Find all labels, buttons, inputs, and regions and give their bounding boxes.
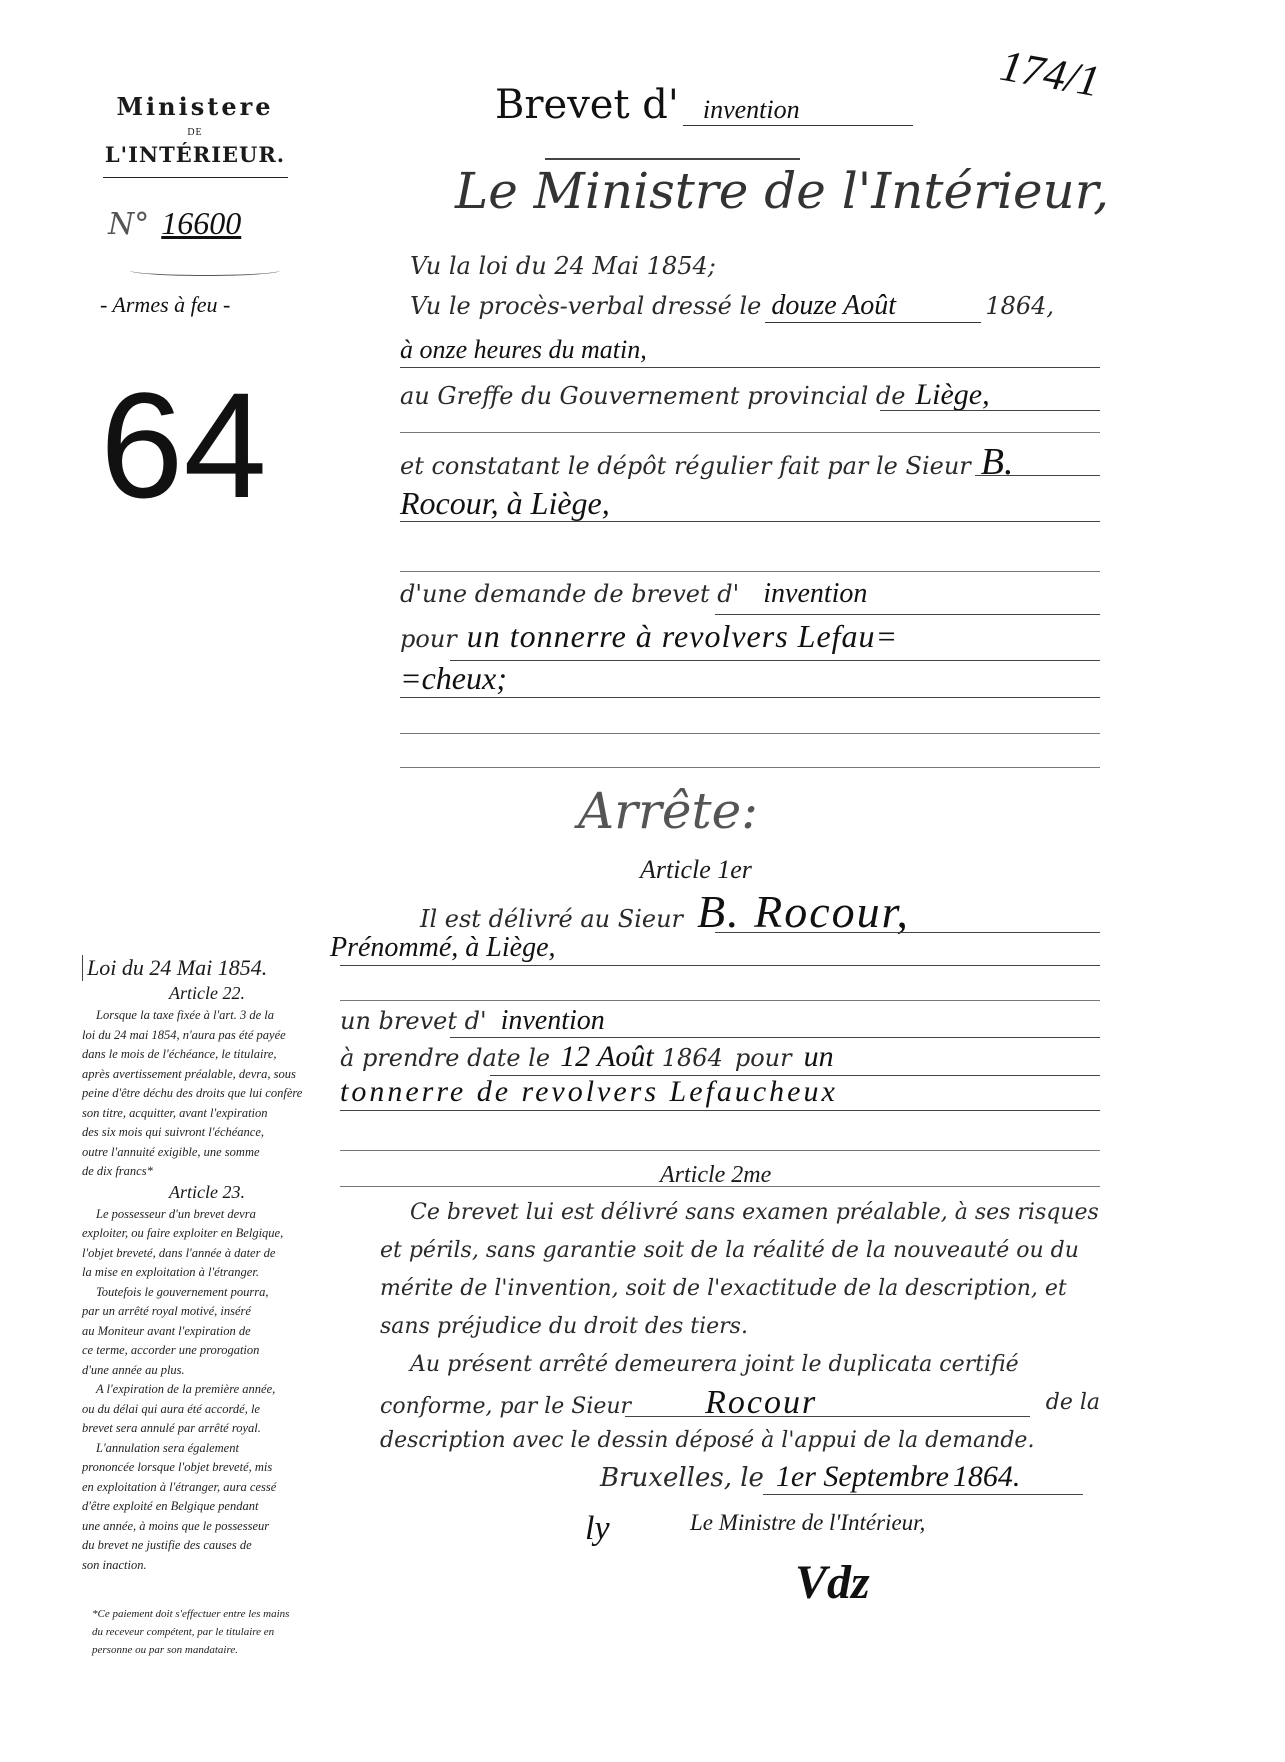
law-line: exploiter, ou faire exploiter en Belgiqu… [82, 1224, 332, 1244]
minister-heading: Le Ministre de l'Intérieur, [455, 162, 1109, 220]
proces-verbal-year: 1864, [985, 292, 1054, 320]
article1-rule-7 [340, 1150, 1100, 1151]
law-line: L'annulation sera également [82, 1439, 332, 1459]
law-line: ce terme, accorder une prorogation [82, 1341, 332, 1361]
article1-rule-4 [450, 1037, 1100, 1038]
place-date: Bruxelles, le 1er Septembre 1864. [600, 1460, 1020, 1494]
law-line: dans le mois de l'échéance, le titulaire… [82, 1045, 332, 1065]
article1-date: à prendre date le 12 Août 1864 pour un [340, 1040, 834, 1074]
place-date-rule [763, 1494, 1083, 1495]
article22-text: Lorsque la taxe fixée à l'art. 3 de la l… [82, 1006, 332, 1182]
law-line: en exploitation à l'étranger, aura cessé [82, 1478, 332, 1498]
article1-rule-1 [715, 932, 1100, 933]
article2-line-4: sans préjudice du droit des tiers. [380, 1314, 748, 1339]
beneficiary-location: Prénommé, à Liège, [330, 932, 556, 964]
duplicata-end: de la [1046, 1390, 1100, 1415]
ministry-header: Ministere DE L'INTÉRIEUR. [80, 92, 310, 178]
law-line: peine d'être déchu des droits que lui co… [82, 1084, 332, 1104]
law-line: A l'expiration de la première année, [82, 1380, 332, 1400]
article2-line-2: et périls, sans garantie soit de la réal… [380, 1238, 1079, 1263]
law-line: au Moniteur avant l'expiration de [82, 1322, 332, 1342]
article1-delivre: Il est délivré au Sieur B. Rocour, [420, 885, 910, 938]
proces-verbal-printed: Vu le procès-verbal dressé le [410, 292, 761, 320]
law-line: l'objet breveté, dans l'année à dater de [82, 1244, 332, 1264]
depot-printed: et constatant le dépôt régulier fait par… [400, 452, 971, 480]
article22-heading: Article 22. [82, 983, 332, 1004]
initials-mark: ly [585, 1510, 610, 1548]
law-line: la mise en exploitation à l'étranger. [82, 1263, 332, 1283]
preamble-rule-10 [400, 733, 1100, 734]
law-title: Loi du 24 Mai 1854. [82, 955, 332, 981]
law-line: brevet sera annulé par arrêté royal. [82, 1419, 332, 1439]
preamble-rule-4 [975, 475, 1100, 476]
number-value: 16600 [161, 205, 241, 241]
preamble-rule-1 [400, 367, 1100, 368]
article1-rule-3 [340, 1000, 1100, 1001]
preamble-depot: et constatant le dépôt régulier fait par… [400, 440, 1013, 484]
invention-subject-cont: =cheux; [400, 660, 507, 697]
law-line: Lorsque la taxe fixée à l'art. 3 de la [82, 1006, 332, 1026]
law-line: après avertissement préalable, devra, so… [82, 1065, 332, 1085]
pour-printed: pour [400, 625, 457, 653]
preamble-rule-2 [880, 410, 1100, 411]
greffe-province: Liège, [915, 378, 989, 411]
preamble-rule-5 [400, 521, 1100, 522]
footnote-line: *Ce paiement doit s'effectuer entre les … [92, 1605, 352, 1623]
preamble-pour: pour un tonnerre à revolvers Lefau= [400, 618, 898, 655]
footnote-line: du receveur compétent, par le titulaire … [92, 1623, 352, 1641]
date-signed: 1er Septembre [776, 1460, 949, 1493]
brevet-type: invention [683, 95, 913, 126]
article1-rule-2 [340, 965, 1100, 966]
proces-verbal-date: douze Août [765, 290, 981, 323]
ministry-name: Ministere [80, 92, 310, 121]
preamble-law: Vu la loi du 24 Mai 1854; [410, 252, 716, 280]
preamble-greffe: au Greffe du Gouvernement provincial de … [400, 378, 990, 412]
delivre-printed: Il est délivré au Sieur [420, 905, 683, 933]
preamble-rule-11 [400, 767, 1100, 768]
law-line: outre l'annuité exigible, une somme [82, 1143, 332, 1163]
preamble-rule-3 [400, 432, 1100, 433]
minister-signature: Vdz [795, 1555, 870, 1610]
number-brace [130, 265, 280, 276]
signatory-title: Le Ministre de l'Intérieur, [690, 1510, 925, 1536]
law-line: Toutefois le gouvernement pourra, [82, 1283, 332, 1303]
brevet-kind: invention [501, 1005, 605, 1036]
preamble-demande: d'une demande de brevet d' invention [400, 578, 867, 610]
law-line: du brevet ne justifie des causes de [82, 1536, 332, 1556]
place-printed: Bruxelles, le [600, 1463, 764, 1493]
article1-subject: tonnerre de revolvers Lefaucheux [340, 1075, 838, 1109]
law-footnote: *Ce paiement doit s'effectuer entre les … [92, 1605, 352, 1659]
brevet-printed: un brevet d' [340, 1007, 487, 1035]
category-label: - Armes à feu - [100, 292, 230, 318]
depot-initial: B. [981, 441, 1014, 483]
footnote-line: personne ou par son mandataire. [92, 1641, 352, 1659]
article2-heading: Article 2me [660, 1162, 771, 1189]
article2-line-5: Au présent arrêté demeurera joint le dup… [410, 1352, 1019, 1377]
law-line: par un arrêté royal motivé, inséré [82, 1302, 332, 1322]
demande-printed: d'une demande de brevet d' [400, 580, 739, 608]
date-hand: 12 Août [560, 1040, 654, 1073]
law-line: une année, à moins que le possesseur [82, 1517, 332, 1537]
title-brevet: Brevet d' invention [495, 82, 1015, 128]
number-label: N° [108, 207, 149, 242]
law-line: de dix francs* [82, 1162, 332, 1182]
article1-heading: Article 1er [640, 855, 752, 885]
law-line: son inaction. [82, 1556, 332, 1576]
law-sidebar: Loi du 24 Mai 1854. Article 22. Lorsque … [82, 955, 332, 1575]
date-year: 1864 [662, 1044, 723, 1072]
preamble-rule-8 [450, 660, 1100, 661]
year-signed: 1864. [953, 1460, 1021, 1493]
law-line: prononcée lorsque l'objet breveté, mis [82, 1458, 332, 1478]
registration-number: N° 16600 [108, 205, 308, 242]
ministry-de: DE [80, 127, 310, 138]
title-separator [545, 158, 800, 160]
ornament-rule [103, 177, 288, 178]
preamble-time: à onze heures du matin, [400, 335, 647, 365]
law-line: d'être exploité en Belgique pendant [82, 1497, 332, 1517]
duplicata-printed: conforme, par le Sieur [380, 1394, 631, 1419]
pour-printed-2: pour [735, 1044, 792, 1072]
demande-type: invention [763, 578, 867, 609]
article1-brevet: un brevet d' invention [340, 1005, 605, 1037]
law-line: Le possesseur d'un brevet devra [82, 1205, 332, 1225]
article2-line-3: mérite de l'invention, soit de l'exactit… [380, 1276, 1067, 1301]
big-handwritten-mark: 64 [100, 365, 267, 525]
date-printed: à prendre date le [340, 1044, 550, 1072]
ministry-interior: L'INTÉRIEUR. [80, 142, 310, 167]
law-line: son titre, acquitter, avant l'expiration [82, 1104, 332, 1124]
pour-un: un [804, 1040, 834, 1073]
depot-name: Rocour, à Liège, [400, 485, 610, 522]
law-line: ou du délai qui aura été accordé, le [82, 1400, 332, 1420]
beneficiary-name: B. Rocour, [697, 886, 910, 937]
article1-rule-6 [340, 1110, 1100, 1111]
preamble-rule-7 [715, 614, 1100, 615]
article2-line-1: Ce brevet lui est délivré sans examen pr… [410, 1200, 1099, 1225]
invention-subject: un tonnerre à revolvers Lefau= [467, 618, 898, 654]
greffe-printed: au Greffe du Gouvernement provincial de [400, 382, 905, 410]
law-line: d'une année au plus. [82, 1361, 332, 1381]
law-line: des six mois qui suivront l'échéance, [82, 1123, 332, 1143]
article23-text: Le possesseur d'un brevet devra exploite… [82, 1205, 332, 1576]
preamble-rule-6 [400, 571, 1100, 572]
article2-rule-1 [625, 1416, 1030, 1417]
brevet-prefix: Brevet d' [495, 82, 679, 128]
preamble-proces-verbal: Vu le procès-verbal dressé le douze Août… [410, 290, 1054, 323]
article23-heading: Article 23. [82, 1182, 332, 1203]
law-line: loi du 24 mai 1854, n'aura pas été payée [82, 1026, 332, 1046]
preamble-rule-9 [400, 697, 1100, 698]
arrete-heading: Arrête: [578, 782, 758, 840]
article2-line-7: description avec le dessin déposé à l'ap… [380, 1428, 1034, 1453]
